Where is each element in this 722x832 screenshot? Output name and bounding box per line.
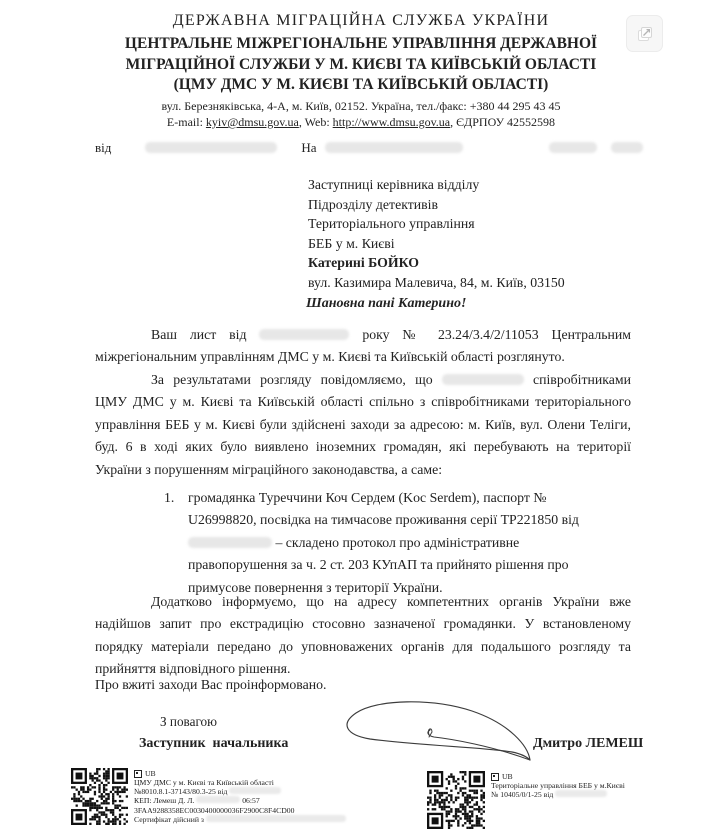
- closing-phrase: З повагою: [160, 714, 217, 730]
- org-name-main: ЦЕНТРАЛЬНЕ МІЖРЕГІОНАЛЬНЕ УПРАВЛІННЯ ДЕР…: [89, 34, 634, 75]
- qr-code: [427, 771, 485, 829]
- spacer: [597, 151, 611, 152]
- reference-line: відНа: [95, 140, 643, 156]
- recipient-name: Катерині БОЙКО: [308, 253, 565, 273]
- text-segment: КЕП: Лемеш Д. Л.: [134, 796, 196, 805]
- stamp-right: UB Територіальне управління БЕБ у м.Києв…: [427, 771, 625, 829]
- stamp-left: UB ЦМУ ДМС у м. Києві та Київській облас…: [71, 768, 346, 825]
- org-contacts: E-mail: kyiv@dmsu.gov.ua, Web: http://ww…: [0, 115, 722, 130]
- ub-badge-label: UB: [502, 772, 513, 781]
- spacer: [277, 151, 301, 152]
- text-segment: Сертифікат дійсний з: [134, 815, 206, 824]
- ub-badge-icon: [134, 770, 142, 778]
- recipient-address: вул. Казимира Малевича, 84, м. Київ, 031…: [308, 273, 565, 293]
- recipient-block: Заступниці керівника відділу Підрозділу …: [308, 175, 565, 293]
- ub-badge-row: UB: [491, 772, 625, 781]
- stamp-doc-number: № 10405/0/1-25 від: [491, 790, 625, 799]
- recipient-line: Підрозділу детективів: [308, 195, 565, 215]
- paragraph-1: Ваш лист від року № 23.24/3.4/2/11053 Це…: [95, 324, 631, 369]
- redacted-text: [611, 142, 643, 153]
- text-segment: На: [301, 140, 316, 155]
- text-segment: 06:57: [240, 796, 259, 805]
- stamp-hash: 3FAA9288358EC0030400000036F2900C8F4CD00: [134, 806, 346, 815]
- redacted-text: [325, 142, 463, 153]
- redacted-text: [259, 329, 349, 340]
- document-page: ДЕРЖАВНА МІГРАЦІЙНА СЛУЖБА УКРАЇНИ ЦЕНТР…: [0, 0, 722, 832]
- spacer: [463, 151, 549, 152]
- list-item-number: 1.: [164, 487, 188, 599]
- stamp-cert-line: Сертифікат дійсний з: [134, 815, 346, 824]
- redacted-text: [442, 374, 524, 385]
- paragraph-2: За результатами розгляду повідомляємо, щ…: [95, 369, 631, 481]
- redacted-text: [196, 796, 240, 803]
- edrpou-code: , ЄДРПОУ 42552598: [450, 115, 555, 129]
- list-item-text: громадянка Туреччини Коч Сердем (Koc Ser…: [188, 487, 616, 599]
- web-link[interactable]: http://www.dmsu.gov.ua: [333, 115, 450, 129]
- redacted-text: [229, 787, 281, 794]
- signer-title: Заступник начальника: [139, 736, 288, 752]
- org-abbreviation: (ЦМУ ДМС У М. КИЄВІ ТА КИЇВСЬКІЙ ОБЛАСТІ…: [0, 75, 722, 95]
- org-name-top: ДЕРЖАВНА МІГРАЦІЙНА СЛУЖБА УКРАЇНИ: [0, 12, 722, 30]
- redacted-text: [206, 815, 346, 822]
- stamp-org: Територіальне управління БЕБ у м.Києві: [491, 781, 625, 790]
- stamp-right-text: UB Територіальне управління БЕБ у м.Києв…: [491, 771, 625, 829]
- stamp-left-text: UB ЦМУ ДМС у м. Києві та Київській облас…: [134, 768, 346, 825]
- recipient-line: Територіального управління: [308, 214, 565, 234]
- email-label: E-mail:: [167, 115, 206, 129]
- ub-badge-icon: [491, 773, 499, 781]
- spacer: [111, 151, 145, 152]
- stamp-kep-line: КЕП: Лемеш Д. Л. 06:57: [134, 796, 346, 805]
- redacted-text: [555, 790, 607, 797]
- web-label: , Web:: [299, 115, 333, 129]
- text-segment: Ваш лист від: [151, 327, 259, 342]
- signer-name: Дмитро ЛЕМЕШ: [533, 736, 643, 752]
- letterhead: ДЕРЖАВНА МІГРАЦІЙНА СЛУЖБА УКРАЇНИ ЦЕНТР…: [0, 12, 722, 130]
- text-segment: № 10405/0/1-25 від: [491, 790, 555, 799]
- org-address: вул. Березняківська, 4-А, м. Київ, 02152…: [0, 99, 722, 114]
- redacted-text: [145, 142, 277, 153]
- stamp-doc-number: №8010.8.1-37143/80.3-25 від: [134, 787, 346, 796]
- spacer: [317, 151, 325, 152]
- recipient-line: Заступниці керівника відділу: [308, 175, 565, 195]
- text-segment: від: [95, 140, 111, 155]
- paragraph-4: Про вжиті заходи Вас проінформовано.: [95, 677, 327, 693]
- list-item-1: 1. громадянка Туреччини Коч Сердем (Koc …: [164, 487, 616, 599]
- ub-badge-label: UB: [145, 769, 156, 778]
- stamp-org: ЦМУ ДМС у м. Києві та Київській області: [134, 778, 346, 787]
- paragraph-3: Додатково інформуємо, що на адресу компе…: [95, 591, 631, 681]
- text-segment: №8010.8.1-37143/80.3-25 від: [134, 787, 229, 796]
- text-segment: За результатами розгляду повідомляємо, щ…: [151, 372, 442, 387]
- email-link[interactable]: kyiv@dmsu.gov.ua: [206, 115, 299, 129]
- redacted-text: [188, 537, 272, 548]
- text-segment: громадянка Туреччини Коч Сердем (Koc Ser…: [188, 490, 579, 527]
- qr-code: [71, 768, 128, 825]
- text-segment: співробітниками ЦМУ ДМС у м. Києві та Ки…: [95, 372, 631, 477]
- redacted-text: [549, 142, 597, 153]
- salutation: Шановна пані Катерино!: [306, 296, 466, 312]
- ub-badge-row: UB: [134, 769, 346, 778]
- handwritten-signature: [332, 694, 542, 776]
- recipient-line: БЕБ у м. Києві: [308, 234, 565, 254]
